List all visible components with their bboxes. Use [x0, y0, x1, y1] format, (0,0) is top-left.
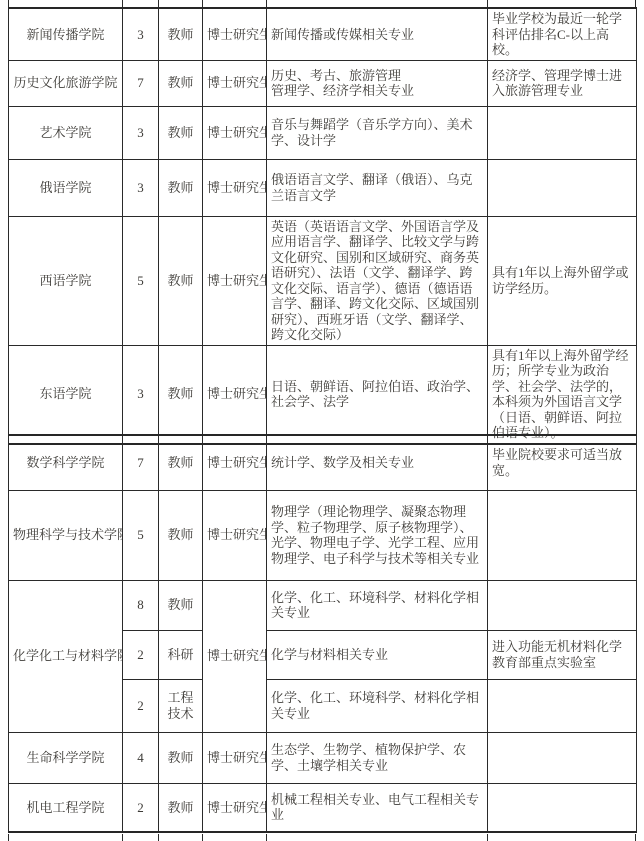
college-cell: 历史文化旅游学院 — [9, 60, 123, 106]
quota-cell: 3 — [123, 159, 159, 216]
position-cell: 教师 — [159, 345, 203, 444]
college-cell: 俄语学院 — [9, 159, 123, 216]
remark-cell — [488, 783, 637, 832]
education-cell: 博士研究生 — [203, 216, 267, 345]
college-cell: 物理科学与技术学院 — [9, 490, 123, 580]
grid-line — [158, 0, 159, 7]
table-row: 物理科学与技术学院 5 教师 博士研究生 物理学（理论物理学、凝聚态物理学、粒子… — [9, 490, 637, 580]
grid-line — [122, 0, 123, 7]
majors-cell: 英语（英语语言文学、外国语言学及应用语言学、翻译学、比较文学与跨文化研究、国别和… — [267, 216, 488, 345]
position-cell: 教师 — [159, 580, 203, 630]
college-cell: 艺术学院 — [9, 106, 123, 159]
remark-cell — [488, 106, 637, 159]
scanned-document-page: 新闻传播学院 3 教师 博士研究生 新闻传播或传媒相关专业 毕业学校为最近一轮学… — [0, 0, 644, 841]
college-cell: 西语学院 — [9, 216, 123, 345]
education-cell: 博士研究生 — [203, 783, 267, 832]
recruitment-table-upper: 新闻传播学院 3 教师 博士研究生 新闻传播或传媒相关专业 毕业学校为最近一轮学… — [8, 7, 637, 445]
grid-line — [635, 0, 636, 7]
grid-line — [202, 0, 203, 7]
remark-cell: 毕业院校要求可适当放宽。 — [488, 435, 637, 490]
majors-cell: 日语、朝鲜语、阿拉伯语、政治学、社会学、法学 — [267, 345, 488, 444]
quota-cell: 7 — [123, 435, 159, 490]
education-cell: 博士研究生 — [203, 106, 267, 159]
majors-cell: 俄语语言文学、翻译（俄语）、乌克兰语言文学 — [267, 159, 488, 216]
quota-cell: 2 — [123, 783, 159, 832]
position-cell: 教师 — [159, 435, 203, 490]
majors-cell: 历史、考古、旅游管理 管理学、经济学相关专业 — [267, 60, 488, 106]
quota-cell: 2 — [123, 679, 159, 732]
remark-cell: 具有1年以上海外留学经历；所学专业为政治学、社会学、法学的，本科须为外国语言文学… — [488, 345, 637, 444]
quota-cell: 8 — [123, 580, 159, 630]
position-cell: 教师 — [159, 106, 203, 159]
education-cell: 博士研究生 — [203, 159, 267, 216]
position-cell: 教师 — [159, 8, 203, 60]
grid-line — [122, 834, 123, 841]
college-cell: 生命科学学院 — [9, 732, 123, 783]
majors-cell: 音乐与舞蹈学（音乐学方向）、美术学、设计学 — [267, 106, 488, 159]
position-cell: 教师 — [159, 732, 203, 783]
quota-cell: 7 — [123, 60, 159, 106]
education-cell: 博士研究生 — [203, 8, 267, 60]
table-row: 化学化工与材料学院 8 教师 博士研究生 化学、化工、环境科学、材料化学相关专业 — [9, 580, 637, 630]
grid-line — [487, 0, 488, 7]
recruitment-table-lower: 数学科学学院 7 教师 博士研究生 统计学、数学及相关专业 毕业院校要求可适当放… — [8, 434, 637, 833]
table-row: 艺术学院 3 教师 博士研究生 音乐与舞蹈学（音乐学方向）、美术学、设计学 — [9, 106, 637, 159]
remark-cell: 进入功能无机材料化学教育部重点实验室 — [488, 630, 637, 679]
grid-line — [8, 834, 9, 841]
grid-line — [8, 0, 9, 7]
grid-line — [158, 834, 159, 841]
majors-cell: 化学、化工、环境科学、材料化学相关专业 — [267, 580, 488, 630]
remark-cell — [488, 732, 637, 783]
college-cell: 数学科学学院 — [9, 435, 123, 490]
college-cell: 机电工程学院 — [9, 783, 123, 832]
table-row: 机电工程学院 2 教师 博士研究生 机械工程相关专业、电气工程相关专业 — [9, 783, 637, 832]
majors-cell: 统计学、数学及相关专业 — [267, 435, 488, 490]
college-cell: 东语学院 — [9, 345, 123, 444]
grid-line — [266, 834, 267, 841]
cutoff-grid-stub-bottom — [0, 834, 644, 841]
remark-cell — [488, 580, 637, 630]
grid-line — [266, 0, 267, 7]
quota-cell: 5 — [123, 216, 159, 345]
college-cell: 化学化工与材料学院 — [9, 580, 123, 732]
grid-line — [202, 834, 203, 841]
quota-cell: 2 — [123, 630, 159, 679]
education-cell: 博士研究生 — [203, 490, 267, 580]
table-row: 数学科学学院 7 教师 博士研究生 统计学、数学及相关专业 毕业院校要求可适当放… — [9, 435, 637, 490]
education-cell: 博士研究生 — [203, 345, 267, 444]
quota-cell: 3 — [123, 345, 159, 444]
position-cell: 工程技术 — [159, 679, 203, 732]
majors-cell: 机械工程相关专业、电气工程相关专业 — [267, 783, 488, 832]
remark-cell — [488, 679, 637, 732]
education-cell: 博士研究生 — [203, 580, 267, 732]
grid-line — [635, 834, 636, 841]
remark-cell — [488, 159, 637, 216]
quota-cell: 3 — [123, 8, 159, 60]
remark-cell: 经济学、管理学博士进入旅游管理专业 — [488, 60, 637, 106]
quota-cell: 4 — [123, 732, 159, 783]
position-cell: 教师 — [159, 159, 203, 216]
remark-cell: 毕业学校为最近一轮学科评估排名C-以上高校。 — [488, 8, 637, 60]
table-row: 东语学院 3 教师 博士研究生 日语、朝鲜语、阿拉伯语、政治学、社会学、法学 具… — [9, 345, 637, 444]
position-cell: 教师 — [159, 216, 203, 345]
college-cell: 新闻传播学院 — [9, 8, 123, 60]
table-row: 历史文化旅游学院 7 教师 博士研究生 历史、考古、旅游管理 管理学、经济学相关… — [9, 60, 637, 106]
position-cell: 教师 — [159, 490, 203, 580]
quota-cell: 5 — [123, 490, 159, 580]
grid-line — [487, 834, 488, 841]
table-row: 西语学院 5 教师 博士研究生 英语（英语语言文学、外国语言学及应用语言学、翻译… — [9, 216, 637, 345]
position-cell: 教师 — [159, 60, 203, 106]
cutoff-grid-stub-top — [0, 0, 644, 7]
table-row: 俄语学院 3 教师 博士研究生 俄语语言文学、翻译（俄语）、乌克兰语言文学 — [9, 159, 637, 216]
remark-cell: 具有1年以上海外留学或访学经历。 — [488, 216, 637, 345]
majors-cell: 新闻传播或传媒相关专业 — [267, 8, 488, 60]
position-cell: 教师 — [159, 783, 203, 832]
education-cell: 博士研究生 — [203, 732, 267, 783]
table-row: 新闻传播学院 3 教师 博士研究生 新闻传播或传媒相关专业 毕业学校为最近一轮学… — [9, 8, 637, 60]
education-cell: 博士研究生 — [203, 435, 267, 490]
majors-cell: 生态学、生物学、植物保护学、农学、土壤学相关专业 — [267, 732, 488, 783]
table-row: 生命科学学院 4 教师 博士研究生 生态学、生物学、植物保护学、农学、土壤学相关… — [9, 732, 637, 783]
position-cell: 科研 — [159, 630, 203, 679]
quota-cell: 3 — [123, 106, 159, 159]
majors-cell: 化学与材料相关专业 — [267, 630, 488, 679]
remark-cell — [488, 490, 637, 580]
majors-cell: 化学、化工、环境科学、材料化学相关专业 — [267, 679, 488, 732]
education-cell: 博士研究生 — [203, 60, 267, 106]
majors-cell: 物理学（理论物理学、凝聚态物理学、粒子物理学、原子核物理学）、光学、物理电子学、… — [267, 490, 488, 580]
